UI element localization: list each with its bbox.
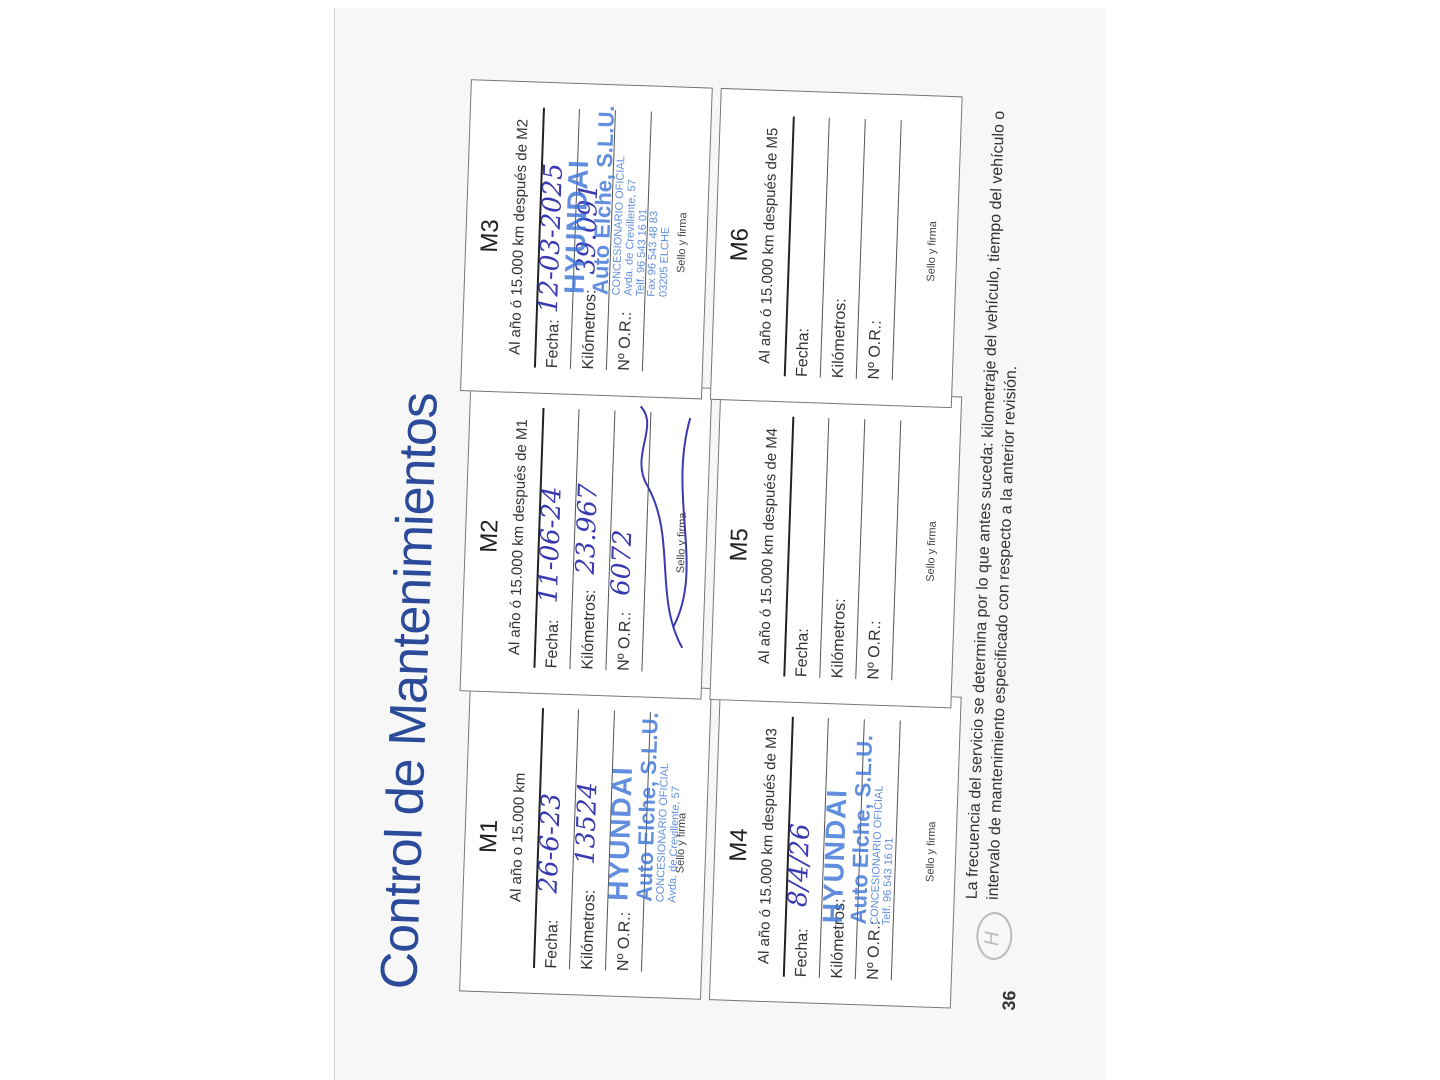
card-interval: Al año ó 15.000 km después de M3 — [754, 691, 782, 1001]
kilometros-label: Kilómetros: — [829, 598, 850, 679]
kilometros-label: Kilómetros: — [579, 890, 600, 971]
maintenance-card-m2: M2 Al año ó 15.000 km después de M1 Fech… — [460, 379, 713, 699]
kilometros-label: Kilómetros: — [830, 298, 851, 379]
fecha-label: Fecha: — [543, 619, 563, 669]
card-code: M5 — [720, 389, 759, 700]
nor-label: Nº O.R.: — [615, 912, 635, 972]
fecha-label: Fecha: — [793, 628, 813, 678]
divider — [855, 419, 865, 679]
handwritten-kilometros: 13524 — [571, 781, 604, 865]
maintenance-card-m4: M4 Al año ó 15.000 km después de M3 Fech… — [709, 688, 962, 1008]
nor-label: Nº O.R.: — [866, 320, 886, 380]
maintenance-card-m3: M3 Al año ó 15.000 km después de M2 Fech… — [460, 79, 713, 399]
maintenance-card-m1: M1 Al año o 15.000 km Fecha: Kilómetros:… — [459, 680, 712, 1000]
handwritten-fecha: 26-6-23 — [534, 793, 567, 894]
divider — [892, 120, 902, 380]
divider — [784, 116, 795, 376]
sello-label: Sello y firma — [920, 697, 943, 1007]
card-code: M2 — [471, 381, 510, 692]
sello-label: Sello y firma — [921, 96, 944, 406]
fecha-label: Fecha: — [544, 319, 564, 369]
divider — [819, 418, 829, 678]
card-code: M4 — [720, 690, 759, 1001]
card-interval: Al año ó 15.000 km después de M4 — [754, 391, 782, 701]
page-number: 36 — [999, 990, 1021, 1011]
sello-label: Sello y firma — [920, 396, 943, 706]
maintenance-card-m6: M6 Al año ó 15.000 km después de M5 Fech… — [710, 88, 963, 408]
fecha-label: Fecha: — [793, 928, 813, 978]
card-code: M1 — [470, 681, 509, 992]
nor-label: Nº O.R.: — [865, 620, 885, 680]
card-interval: Al año ó 15.000 km después de M1 — [505, 382, 533, 692]
signature — [612, 396, 711, 659]
card-interval: Al año o 15.000 km — [504, 682, 532, 992]
kilometros-label: Kilómetros: — [580, 289, 601, 370]
footer-note: La frecuencia del servicio se determina … — [963, 79, 1033, 900]
page-title: Control de Mantenimientos — [369, 392, 450, 990]
document-page: Control de Mantenimientos M1 Al año o 15… — [348, 28, 1082, 1052]
card-interval: Al año ó 15.000 km después de M5 — [755, 90, 783, 400]
card-interval: Al año ó 15.000 km después de M2 — [505, 82, 533, 392]
handwritten-fecha: 11-06-24 — [534, 486, 568, 604]
dealer-stamp: HYUNDAI Auto Elche, S.L.U. CONCESIONARIO… — [603, 711, 685, 903]
divider — [891, 420, 901, 680]
card-code: M3 — [471, 81, 510, 392]
fecha-label: Fecha: — [794, 328, 814, 378]
divider — [820, 118, 830, 378]
maintenance-card-m5: M5 Al año ó 15.000 km después de M4 Fech… — [709, 388, 962, 708]
handwritten-fecha: 8/4/26 — [783, 823, 816, 908]
handwritten-kilometros: 23.967 — [571, 483, 604, 575]
hyundai-logo-icon — [976, 911, 1014, 960]
card-code: M6 — [721, 89, 760, 400]
kilometros-label: Kilómetros: — [579, 589, 600, 670]
nor-label: Nº O.R.: — [616, 311, 636, 371]
dealer-stamp: HYUNDAI Auto Elche, S.L.U. CONCESIONARIO… — [560, 104, 677, 297]
divider — [856, 119, 866, 379]
dealer-stamp: HYUNDAI Auto Elche, S.L.U. CONCESIONARIO… — [818, 733, 900, 925]
divider — [783, 417, 794, 677]
nor-label: Nº O.R.: — [865, 920, 885, 980]
fecha-label: Fecha: — [543, 919, 563, 969]
